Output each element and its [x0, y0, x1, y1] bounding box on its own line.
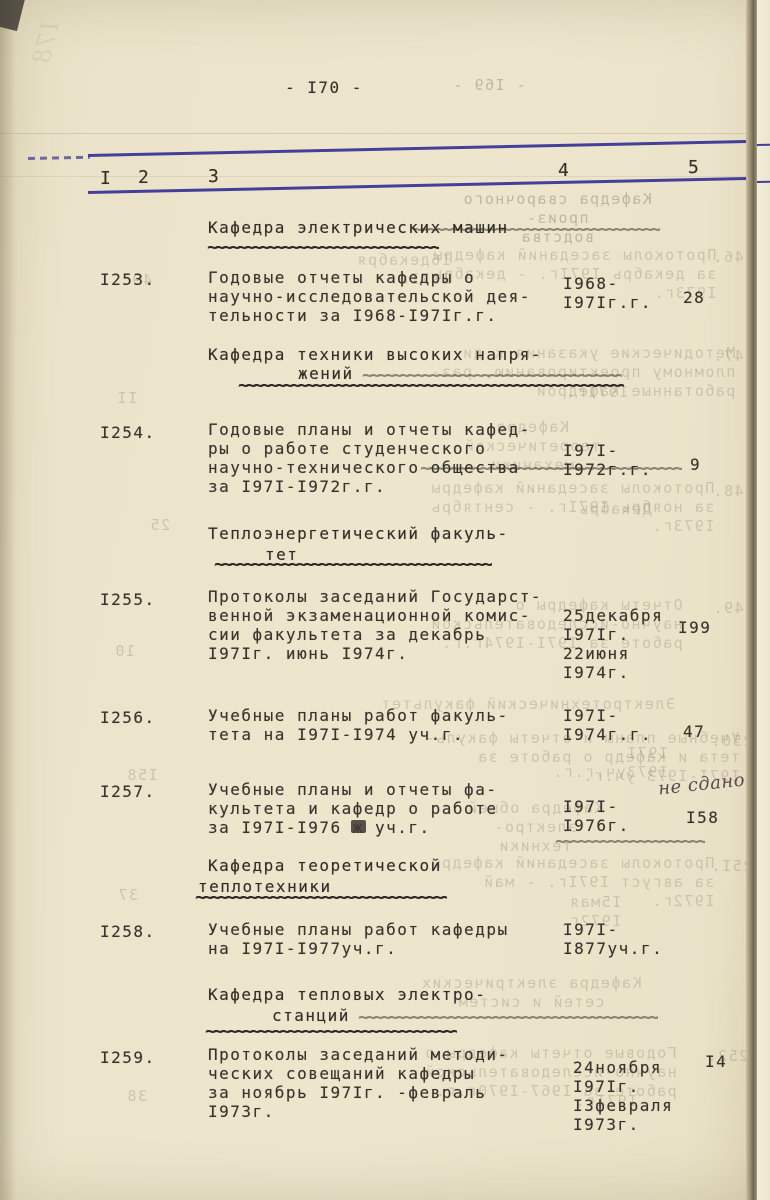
- entry-number: I256.: [100, 708, 156, 727]
- section-heading-thermal-power-stations-line2: станций: [272, 1006, 350, 1025]
- wavy-underline: [214, 561, 492, 570]
- column-header-1: I: [100, 169, 112, 188]
- entry-number: I254.: [100, 423, 156, 442]
- wavy-underline: [195, 894, 447, 903]
- bleedthrough-text: I97I- I973уч.г.г.: [552, 744, 668, 782]
- wavy-underline: [205, 1028, 457, 1037]
- column-header-5: 5: [688, 158, 700, 177]
- entry-dates: I97I- I974г.г.: [563, 706, 652, 744]
- entry-description: Учебные планы работ кафедры на I97I-I977…: [208, 920, 509, 958]
- entry-sheet-count: I4: [705, 1052, 727, 1071]
- entry-description: Годовые планы и отчеты кафед- ры о работ…: [208, 420, 531, 496]
- bleedthrough-text: 37: [117, 886, 138, 905]
- entry-sheet-count: 9: [690, 455, 701, 474]
- entry-description: Годовые отчеты кафедры о научно-исследов…: [208, 268, 531, 325]
- blue-rule-top: [88, 140, 747, 157]
- wavy-strike: [358, 1014, 658, 1023]
- entry-dates: I97I- I972г.г.: [563, 441, 652, 479]
- entry-dates: I97I- I877уч.г.: [563, 920, 663, 958]
- entry-dates: 24ноября I97Iг. I3февраля I973г.: [573, 1058, 673, 1134]
- entry-sheet-count: I99: [678, 618, 711, 637]
- bleedthrough-text: II: [116, 389, 137, 408]
- bleedthrough-text: - I69 -: [452, 76, 526, 95]
- corner-shadow: [0, 0, 26, 31]
- wavy-underline: [238, 382, 624, 391]
- faint-ruling-line: [0, 176, 770, 177]
- section-heading-thermal-power-faculty: Теплоэнергетический факуль-: [208, 524, 509, 543]
- entry-number: I257.: [100, 782, 156, 801]
- section-heading-thermal-power-stations: Кафедра тепловых электро-: [208, 985, 486, 1004]
- blue-rule-lead-in: [28, 156, 90, 160]
- section-heading-high-voltage: Кафедра техники высоких напря-: [208, 345, 542, 364]
- entry-description: Протоколы заседаний методи- ческих совещ…: [208, 1045, 509, 1121]
- bleedthrough-text: Декабрь: [578, 500, 652, 519]
- section-heading-theoretical-thermotechnics: Кафедра теоретической: [208, 856, 442, 875]
- bleedthrough-text: 10: [114, 642, 135, 661]
- entry-description: Протоколы заседаний Государст- венной эк…: [208, 587, 542, 663]
- sliver-blue-rule-top: [757, 144, 770, 146]
- page-number: - I70 -: [285, 78, 363, 97]
- bleedthrough-text: 38: [126, 1087, 147, 1106]
- wavy-strike: [362, 372, 622, 381]
- entry-number: I258.: [100, 922, 156, 941]
- entry-dates: I968- I97Iг.г.: [563, 274, 652, 312]
- entry-sheet-count: 28: [683, 288, 705, 307]
- entry-sheet-count: I58: [686, 808, 719, 827]
- bleedthrough-handwritten-number: I78: [32, 20, 61, 68]
- wavy-underline: [207, 244, 439, 253]
- entry-dates: I97I- I976г.: [563, 797, 630, 835]
- entry-number: I255.: [100, 590, 156, 609]
- wavy-underline: [555, 838, 705, 847]
- struck-out-character: [351, 820, 366, 833]
- faint-ruling-line: [0, 133, 770, 134]
- entry-number: I259.: [100, 1048, 156, 1067]
- section-heading-high-voltage-line2: жений: [298, 364, 354, 383]
- entry-dates: 25декабря I97Iг. 22июня I974г.: [563, 606, 663, 682]
- bleedthrough-text: 25: [149, 516, 170, 535]
- sliver-blue-rule-bottom: [757, 181, 770, 183]
- left-edge-shading: [0, 0, 16, 1200]
- entry-sheet-count: 47: [683, 722, 705, 741]
- wavy-strike: [412, 226, 660, 235]
- entry-description: Учебные планы работ факуль- тета на I97I…: [208, 706, 509, 744]
- scanned-archive-page: - I69 - Кафедра сварочного произ- водств…: [0, 0, 770, 1200]
- page-edge-shadow: [746, 0, 757, 1200]
- column-header-4: 4: [558, 161, 570, 180]
- entry-number: I253.: [100, 270, 156, 289]
- column-header-3: 3: [208, 167, 220, 186]
- column-header-2: 2: [138, 168, 150, 187]
